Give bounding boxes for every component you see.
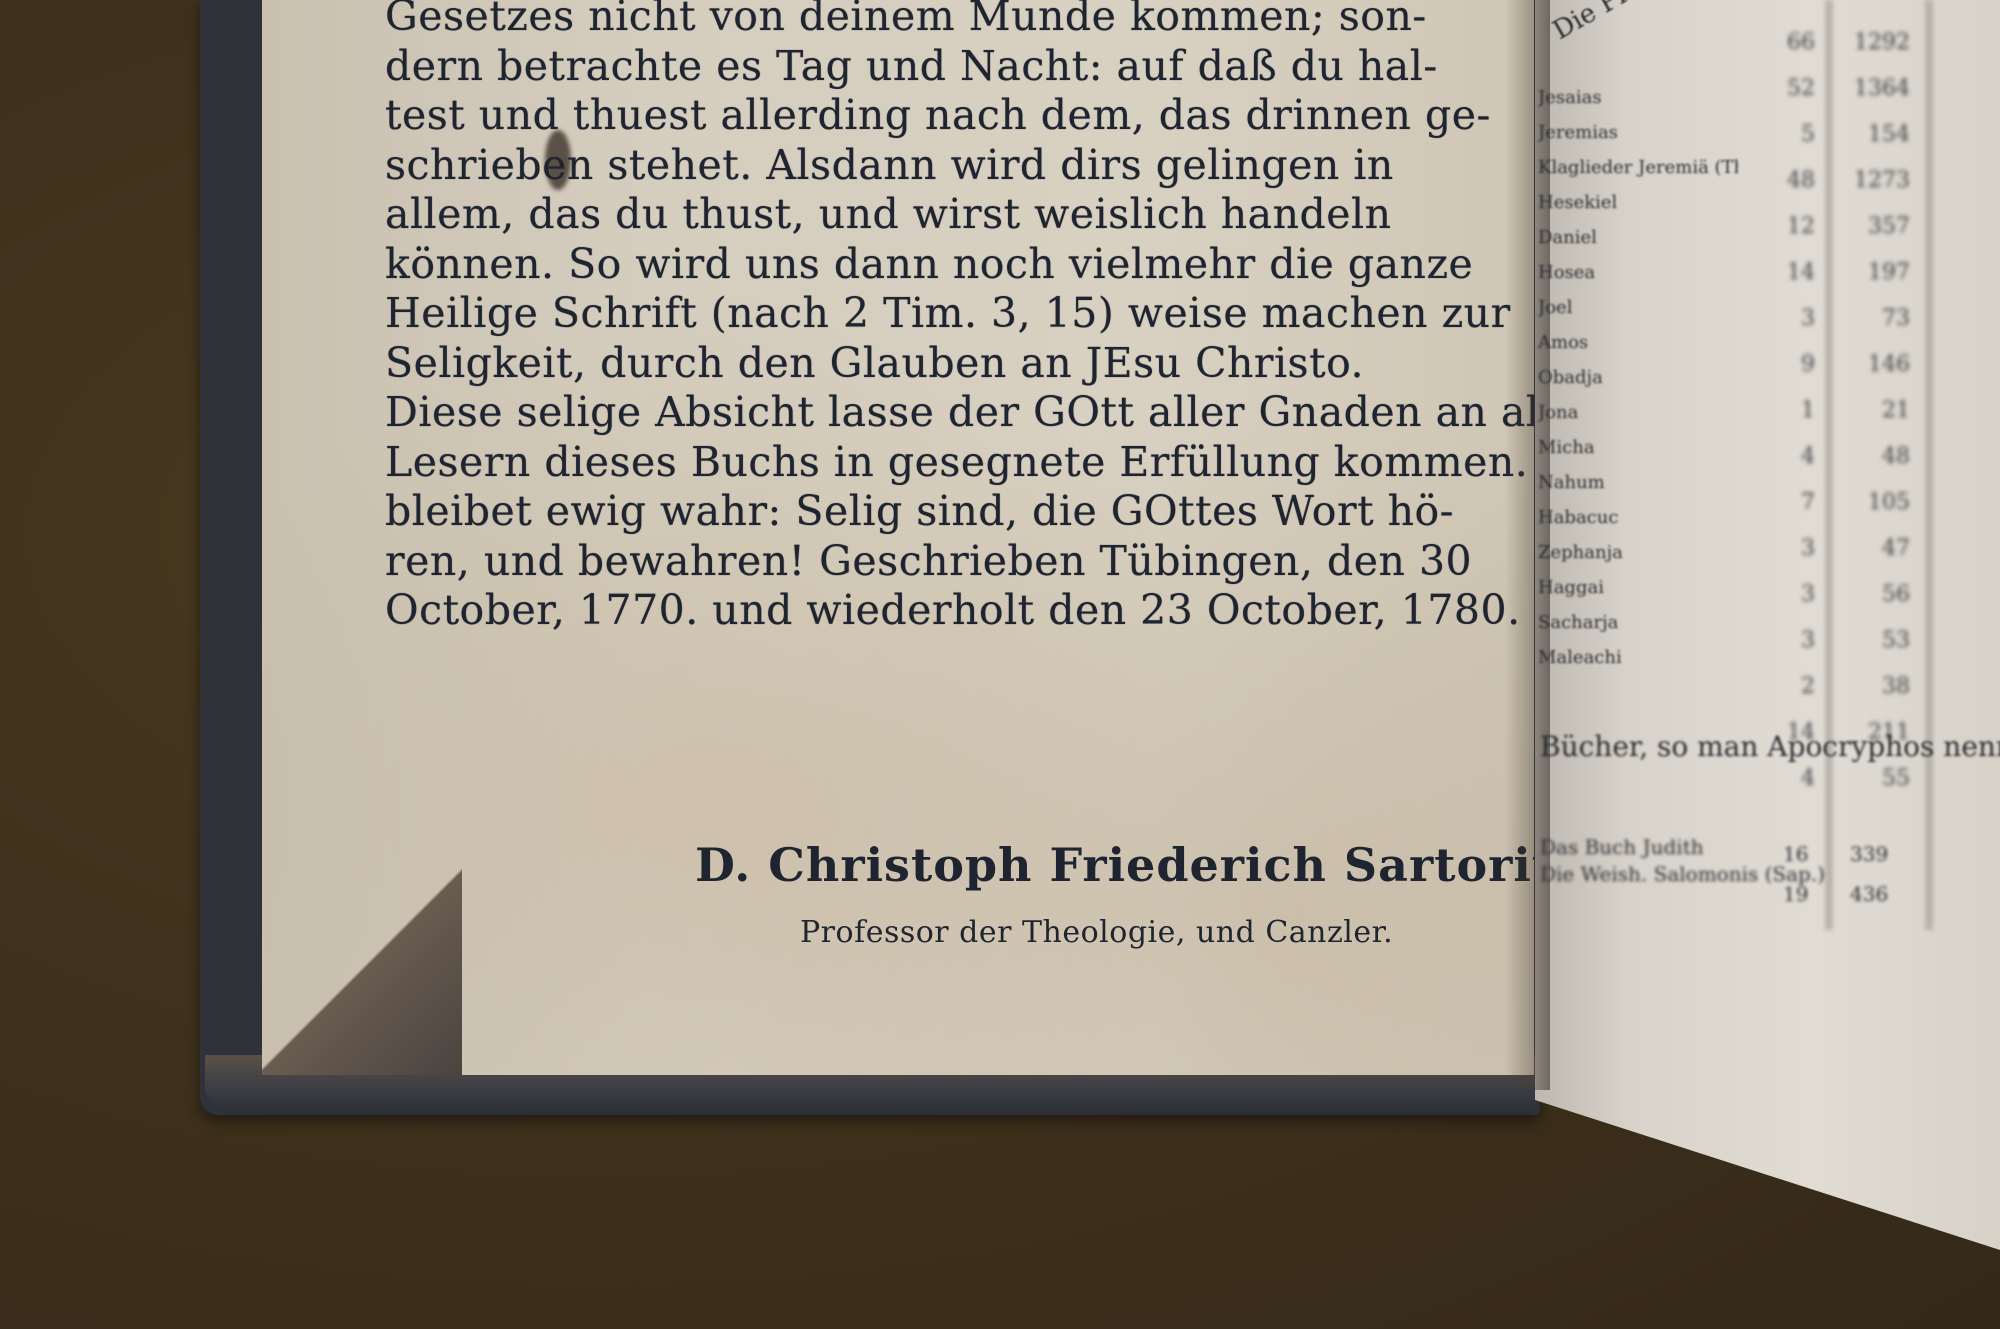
text-line: schrieben stehet. Alsdann wird dirs geli… (385, 141, 1525, 191)
chapter-count: 3 (1760, 618, 1815, 664)
chapter-count: 12 (1760, 204, 1815, 250)
book-names-column: Jesaias Jeremias Klaglieder Jeremiä (Thr… (1538, 80, 1738, 675)
chapter-count: 2 (1760, 664, 1815, 710)
verse-count: 1273 (1840, 158, 1910, 204)
apocrypha-chapters: 19 (1783, 882, 1808, 906)
verse-count: 1292 (1840, 20, 1910, 66)
chapter-count: 5 (1760, 112, 1815, 158)
book-name: Obadja (1538, 360, 1738, 395)
text-line: Lesern dieses Buchs in gesegnete Erfüllu… (385, 438, 1525, 488)
book-name: Daniel (1538, 220, 1738, 255)
book-name: Joel (1538, 290, 1738, 325)
verse-count: 21 (1840, 388, 1910, 434)
text-line: bleibet ewig wahr: Selig sind, die GOtte… (385, 487, 1525, 537)
chapter-count: 3 (1760, 526, 1815, 572)
chapters-column: 66 52 5 48 12 14 3 9 1 4 7 3 3 3 2 14 4 (1760, 20, 1815, 802)
verse-count: 53 (1840, 618, 1910, 664)
verse-count: 154 (1840, 112, 1910, 158)
text-line: Gesetzes nicht von deinem Munde kommen; … (385, 0, 1525, 42)
chapter-count: 52 (1760, 66, 1815, 112)
book-name: Hesekiel (1538, 185, 1738, 220)
book-name: Micha (1538, 430, 1738, 465)
book-name: Jona (1538, 395, 1738, 430)
book-name: Habacuc (1538, 500, 1738, 535)
signature-title: Professor der Theologie, und Canzler. (800, 915, 1393, 950)
verse-count: 73 (1840, 296, 1910, 342)
apocrypha-heading: Bücher, so man Apocryphos nennet. (1540, 730, 2000, 763)
verse-count: 105 (1840, 480, 1910, 526)
book-name: Haggai (1538, 570, 1738, 605)
chapter-count: 7 (1760, 480, 1815, 526)
verse-count: 48 (1840, 434, 1910, 480)
preface-text: Gesetzes nicht von deinem Munde kommen; … (385, 0, 1525, 636)
chapter-count: 9 (1760, 342, 1815, 388)
book-name: Hosea (1538, 255, 1738, 290)
apocrypha-row: Das Buch Judith (1540, 835, 1704, 859)
verse-count: 357 (1840, 204, 1910, 250)
chapter-count: 3 (1760, 296, 1815, 342)
chapter-count: 66 (1760, 20, 1815, 66)
apocrypha-chapters: 16 (1783, 842, 1808, 866)
text-line: können. So wird uns dann noch vielmehr d… (385, 240, 1525, 290)
text-line: October, 1770. und wiederholt den 23 Oct… (385, 586, 1525, 636)
text-line: allem, das du thust, und wirst weislich … (385, 190, 1525, 240)
text-line: Heilige Schrift (nach 2 Tim. 3, 15) weis… (385, 289, 1525, 339)
book-name: Amos (1538, 325, 1738, 360)
verse-count: 197 (1840, 250, 1910, 296)
apocrypha-verses: 339 (1850, 842, 1888, 866)
text-line: Diese selige Absicht lasse der GOtt alle… (385, 388, 1525, 438)
book-name: Nahum (1538, 465, 1738, 500)
book-name: Jeremias (1538, 115, 1738, 150)
chapter-count: 48 (1760, 158, 1815, 204)
text-line: ren, und bewahren! Geschrieben Tübingen,… (385, 537, 1525, 587)
text-line: test und thuest allerding nach dem, das … (385, 91, 1525, 141)
verse-count: 1364 (1840, 66, 1910, 112)
book-name: Klaglieder Jeremiä (Threni.) (1538, 150, 1738, 185)
chapter-count: 3 (1760, 572, 1815, 618)
verse-count: 56 (1840, 572, 1910, 618)
book-name: Maleachi (1538, 640, 1738, 675)
apocrypha-verses: 436 (1850, 882, 1888, 906)
verses-column: 1292 1364 154 1273 357 197 73 146 21 48 … (1840, 20, 1910, 802)
chapter-count: 4 (1760, 434, 1815, 480)
verse-count: 146 (1840, 342, 1910, 388)
chapter-count: 14 (1760, 250, 1815, 296)
verse-count: 47 (1840, 526, 1910, 572)
book-name: Sacharja (1538, 605, 1738, 640)
book-name: Zephanja (1538, 535, 1738, 570)
book-name: Jesaias (1538, 80, 1738, 115)
apocrypha-book-name: Das Buch Judith (1540, 835, 1704, 859)
table-column-rule (1825, 0, 1833, 930)
text-line: dern betrachte es Tag und Nacht: auf daß… (385, 42, 1525, 92)
signature-name: D. Christoph Friederich Sartorius, (695, 838, 1610, 892)
table-column-rule (1925, 0, 1933, 930)
chapter-count: 1 (1760, 388, 1815, 434)
text-line: Seligkeit, durch den Glauben an JEsu Chr… (385, 339, 1525, 389)
verse-count: 38 (1840, 664, 1910, 710)
page-corner-damage (262, 860, 462, 1075)
